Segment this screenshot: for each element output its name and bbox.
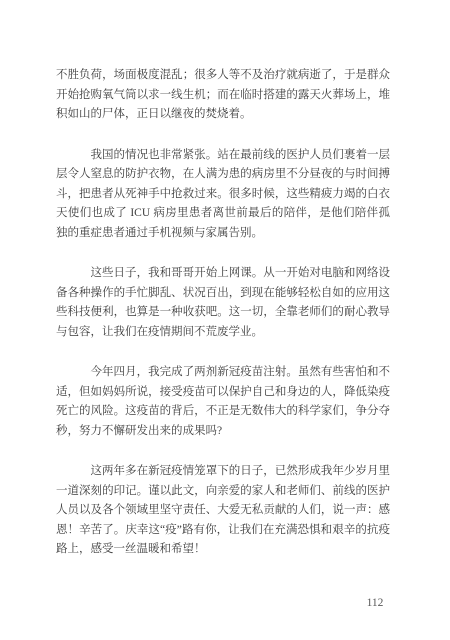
- document-page: 不胜负荷，场面极度混乱；很多人等不及治疗就病逝了，于是群众开始抢购氧气筒以求一线…: [0, 0, 450, 640]
- paragraph-gratitude: 这两年多在新冠疫情笼罩下的日子，已然形成我年少岁月里一道深刻的印记。谨以此文，向…: [56, 462, 390, 560]
- text-block: 不胜负荷，场面极度混乱；很多人等不及治疗就病逝了，于是群众开始抢购氧气筒以求一线…: [56, 0, 390, 581]
- paragraph-online-classes: 这些日子，我和哥哥开始上网课。从一开始对电脑和网络设备各种操作的手忙脚乱、状况百…: [56, 264, 390, 342]
- paragraph-national-situation: 我国的情况也非常紧张。站在最前线的医护人员们裹着一层层令人窒息的防护衣物，在人满…: [56, 146, 390, 244]
- page-number: 112: [364, 596, 386, 610]
- paragraph-vaccination: 今年四月，我完成了两剂新冠疫苗注射。虽然有些害怕和不适，但如妈妈所说，接受疫苗可…: [56, 363, 390, 441]
- paragraph-continuation: 不胜负荷，场面极度混乱；很多人等不及治疗就病逝了，于是群众开始抢购氧气筒以求一线…: [56, 66, 390, 125]
